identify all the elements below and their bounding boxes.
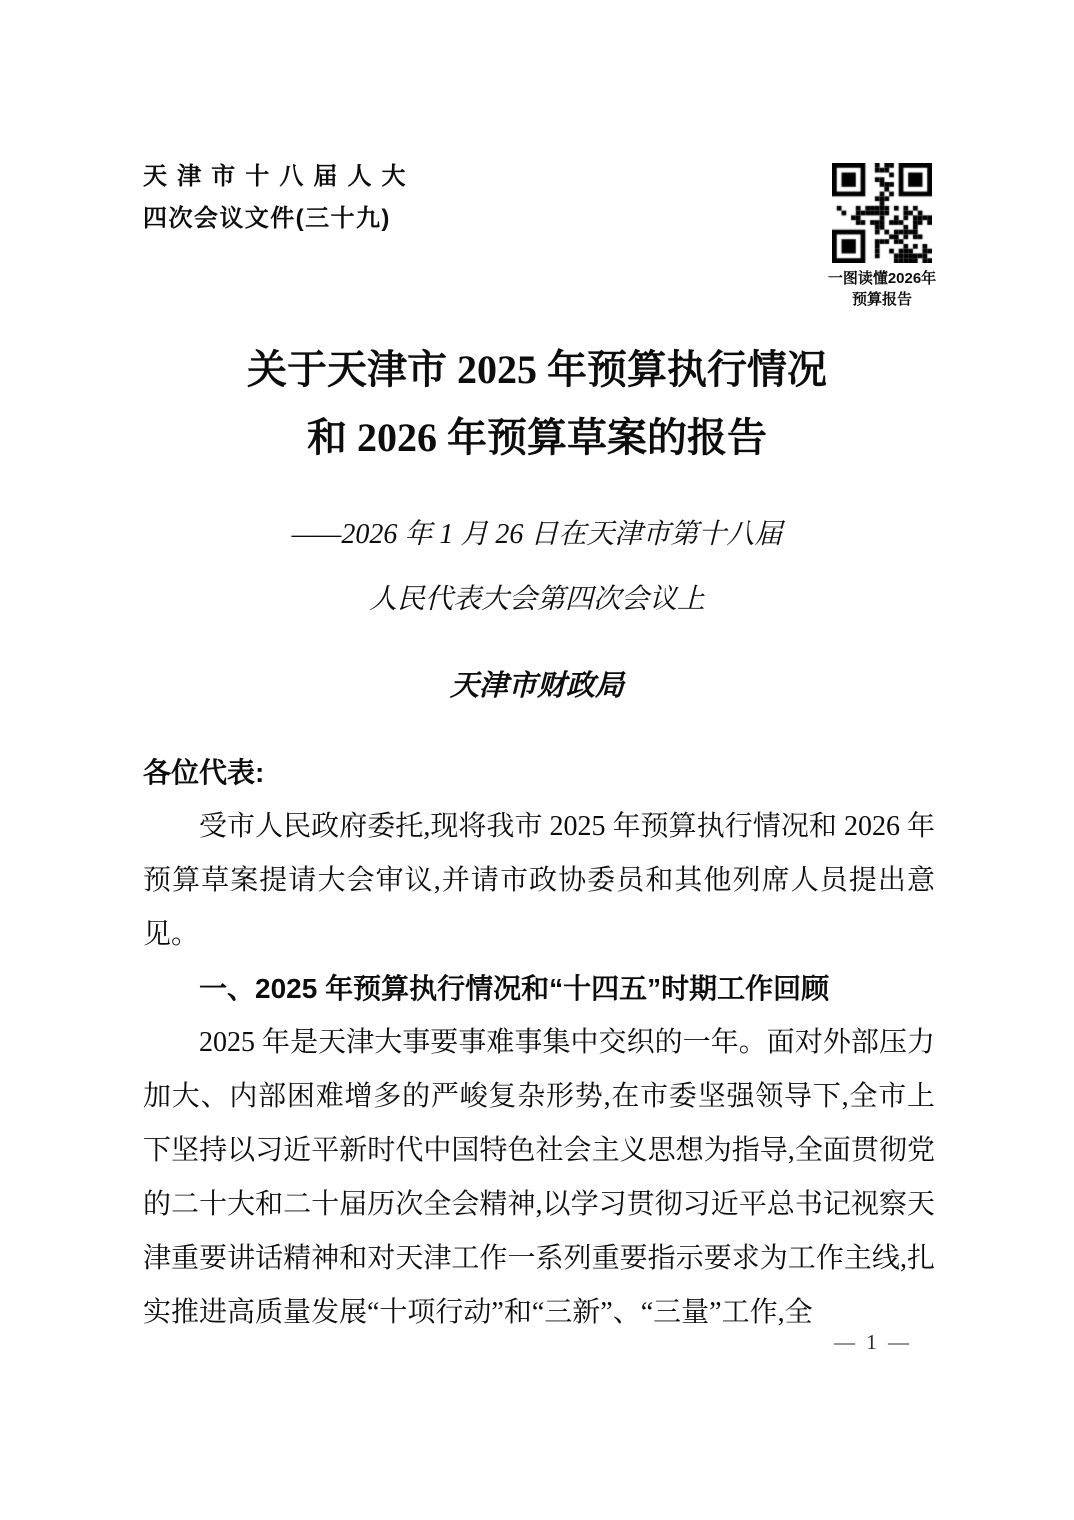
qr-code-icon [832,163,932,263]
section-1-heading: 一、2025 年预算执行情况和“十四五”时期工作回顾 [143,962,935,1016]
qr-caption: 一图读懂2026年 预算报告 [820,268,944,310]
qr-block: 一图读懂2026年 预算报告 [820,163,944,310]
document-author: 天津市财政局 [0,666,1074,706]
qr-caption-line2: 预算报告 [820,289,944,310]
document-page: 天津市十八届人大 四次会议文件(三十九) 一图读懂2026年 预算报告 关于天津… [0,0,1074,1520]
salutation: 各位代表: [143,746,935,800]
document-subtitle-line1: ——2026 年 1 月 26 日在天津市第十八届 [0,502,1074,567]
paragraph-1: 受市人民政府委托,现将我市 2025 年预算执行情况和 2026 年预算草案提请… [143,800,935,962]
document-title-line2: 和 2026 年预算草案的报告 [0,404,1074,472]
document-label-line2: 四次会议文件(三十九) [143,198,416,240]
qr-caption-line1: 一图读懂2026年 [820,268,944,289]
document-body: 各位代表: 受市人民政府委托,现将我市 2025 年预算执行情况和 2026 年… [143,746,935,1340]
document-label: 天津市十八届人大 四次会议文件(三十九) [143,156,416,240]
document-subtitle-line2: 人民代表大会第四次会议上 [0,567,1074,632]
document-title-line1: 关于天津市 2025 年预算执行情况 [0,336,1074,404]
document-subtitle: ——2026 年 1 月 26 日在天津市第十八届 人民代表大会第四次会议上 [0,502,1074,632]
page-number: — 1 — [834,1330,912,1355]
paragraph-2: 2025 年是天津大事要事难事集中交织的一年。面对外部压力加大、内部困难增多的严… [143,1016,935,1340]
document-title: 关于天津市 2025 年预算执行情况 和 2026 年预算草案的报告 [0,336,1074,472]
document-label-line1: 天津市十八届人大 [143,156,416,198]
